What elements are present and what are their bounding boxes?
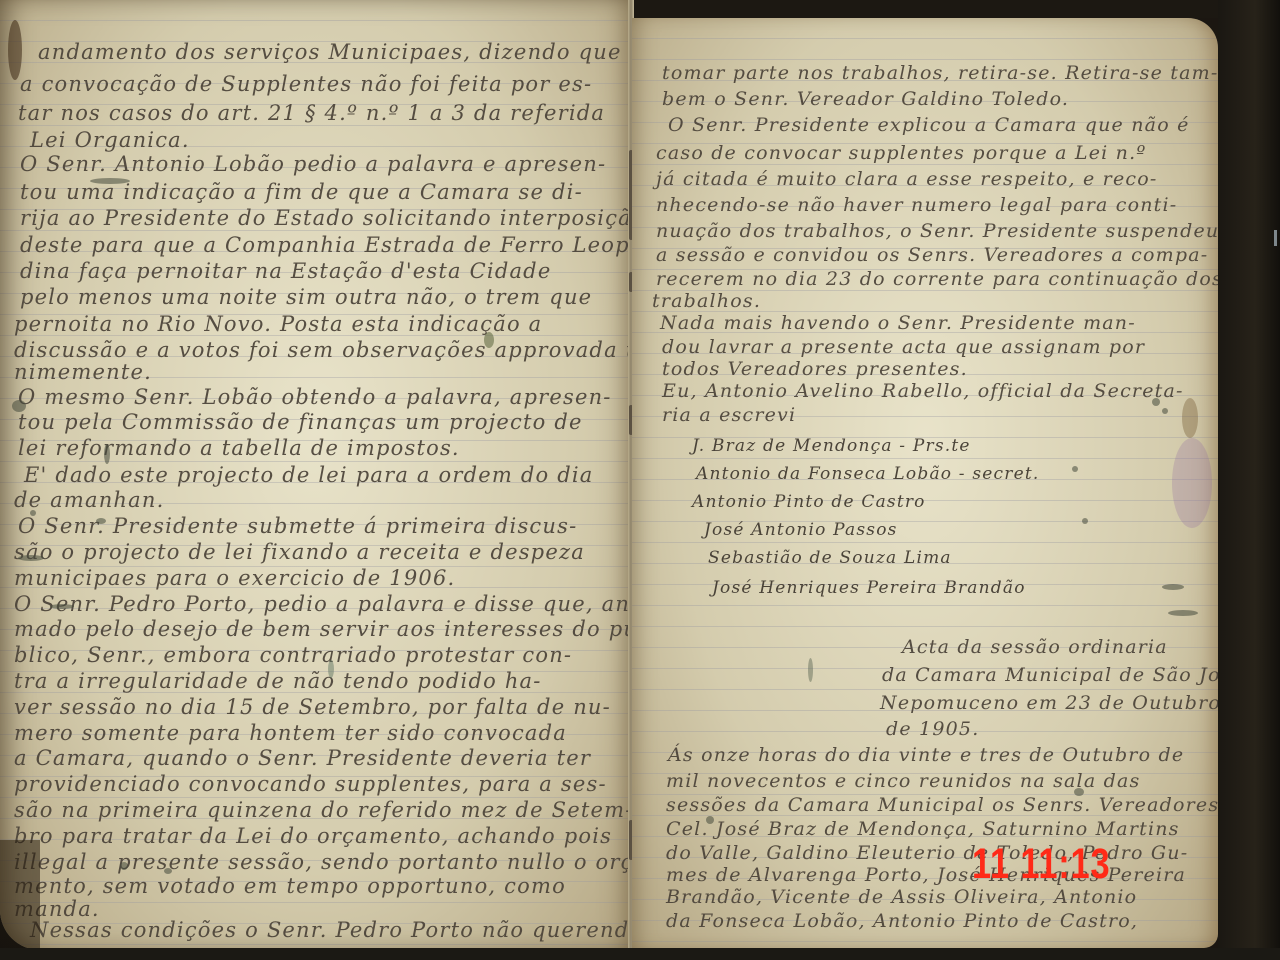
ink-stain bbox=[90, 178, 130, 184]
ink-stain bbox=[1168, 610, 1198, 616]
handwritten-line: O Senr. Antonio Lobão pedio a palavra e … bbox=[20, 152, 606, 176]
signature-line: Antonio da Fonseca Lobão - secret. bbox=[696, 464, 1040, 484]
handwritten-line: nimemente. bbox=[14, 360, 152, 384]
handwritten-line: mento, sem votado em tempo opportuno, co… bbox=[14, 874, 566, 898]
signature-line: J. Braz de Mendonça - Prs.te bbox=[692, 436, 971, 456]
ink-stain bbox=[120, 862, 128, 870]
handwritten-line: pelo menos uma noite sim outra não, o tr… bbox=[20, 285, 592, 309]
minutes-heading-line: da Camara Municipal de São João bbox=[882, 664, 1246, 686]
handwritten-line: Nada mais havendo o Senr. Presidente man… bbox=[660, 312, 1136, 334]
handwritten-line: tar nos casos do art. 21 § 4.º n.º 1 a 3… bbox=[18, 101, 605, 125]
handwritten-line: rija ao Presidente do Estado solicitando… bbox=[20, 206, 646, 230]
handwritten-line: blico, Senr., embora contrariado protest… bbox=[14, 643, 572, 667]
handwritten-line: são o projecto de lei fixando a receita … bbox=[14, 540, 585, 564]
handwritten-line: de amanhan. bbox=[14, 488, 164, 512]
handwritten-line: sessões da Camara Municipal os Senrs. Ve… bbox=[666, 794, 1219, 816]
signature-line: Sebastião de Souza Lima bbox=[708, 548, 952, 568]
handwritten-line: municipaes para o exercicio de 1906. bbox=[14, 566, 455, 590]
handwritten-line: bro para tratar da Lei do orçamento, ach… bbox=[14, 824, 612, 848]
left-page: andamento dos serviços Municipaes, dizen… bbox=[0, 0, 630, 950]
handwritten-line: ria a escrevi bbox=[662, 404, 796, 426]
ink-stain bbox=[1162, 584, 1184, 590]
handwritten-line: andamento dos serviços Municipaes, dizen… bbox=[38, 40, 622, 64]
handwritten-line: illegal a presente sessão, sendo portant… bbox=[14, 850, 656, 874]
ink-stain bbox=[328, 660, 334, 678]
ink-stain bbox=[1072, 466, 1078, 472]
handwritten-line: ver sessão no dia 15 de Setembro, por fa… bbox=[14, 695, 611, 719]
ink-stain bbox=[484, 332, 494, 348]
ink-stain bbox=[706, 816, 714, 824]
right-page-text: tomar parte nos trabalhos, retira-se. Re… bbox=[632, 18, 1218, 948]
light-glint bbox=[1274, 230, 1277, 246]
handwritten-line: O Senr. Presidente explicou a Camara que… bbox=[668, 114, 1190, 136]
handwritten-line: tou pela Commissão de finanças um projec… bbox=[18, 410, 583, 434]
ink-stain bbox=[1162, 408, 1168, 414]
left-page-text: andamento dos serviços Municipaes, dizen… bbox=[0, 0, 630, 950]
handwritten-line: são na primeira quinzena do referido mez… bbox=[14, 798, 634, 822]
ink-stain bbox=[1082, 518, 1088, 524]
frame-right-edge bbox=[1218, 0, 1280, 960]
handwritten-line: deste para que a Companhia Estrada de Fe… bbox=[20, 233, 660, 257]
handwritten-line: a Camara, quando o Senr. Presidente deve… bbox=[14, 746, 591, 770]
handwritten-line: Lei Organica. bbox=[30, 128, 190, 152]
handwritten-line: Cel. José Braz de Mendonça, Saturnino Ma… bbox=[666, 818, 1180, 840]
handwritten-line: dou lavrar a presente acta que assignam … bbox=[662, 336, 1145, 358]
frame-top-shadow bbox=[632, 0, 1280, 18]
ink-stain bbox=[8, 20, 22, 80]
handwritten-line: todos Vereadores presentes. bbox=[662, 358, 968, 380]
handwritten-line: lei reformando a tabella de impostos. bbox=[18, 436, 460, 460]
foxing-stain bbox=[1182, 398, 1198, 438]
ink-stain bbox=[30, 510, 36, 516]
handwritten-line: Nessas condições o Senr. Pedro Porto não… bbox=[30, 918, 643, 942]
minutes-heading-line: de 1905. bbox=[886, 718, 979, 740]
handwritten-line: dina faça pernoitar na Estação d'esta Ci… bbox=[20, 259, 551, 283]
camera-timestamp-overlay: 11 11:13 bbox=[972, 843, 1110, 886]
handwritten-line: tra a irregularidade de não tendo podido… bbox=[14, 669, 542, 693]
handwritten-line: bem o Senr. Vereador Galdino Toledo. bbox=[662, 88, 1069, 110]
handwritten-line: nhecendo-se não haver numero legal para … bbox=[656, 194, 1177, 216]
handwritten-line: a sessão e convidou os Senrs. Vereadores… bbox=[656, 244, 1208, 266]
handwritten-line: a convocação de Supplentes não foi feita… bbox=[20, 72, 592, 96]
handwritten-line: Brandão, Vicente de Assis Oliveira, Anto… bbox=[666, 886, 1137, 908]
handwritten-line: Eu, Antonio Avelino Rabello, official da… bbox=[662, 380, 1184, 402]
ink-stain bbox=[1074, 788, 1084, 796]
foxing-stain bbox=[1172, 438, 1212, 528]
signature-line: José Antonio Passos bbox=[704, 520, 898, 540]
ink-stain bbox=[50, 604, 74, 609]
ink-stain bbox=[18, 555, 44, 561]
handwritten-line: caso de convocar supplentes porque a Lei… bbox=[656, 142, 1147, 164]
handwritten-line: E' dado este projecto de lei para a orde… bbox=[24, 463, 594, 487]
handwritten-line: da Fonseca Lobão, Antonio Pinto de Castr… bbox=[666, 910, 1138, 932]
signature-line: Antonio Pinto de Castro bbox=[692, 492, 926, 512]
ink-stain bbox=[96, 518, 106, 524]
handwritten-line: tomar parte nos trabalhos, retira-se. Re… bbox=[662, 62, 1218, 84]
minutes-heading-line: Nepomuceno em 23 de Outubro bbox=[880, 692, 1221, 714]
frame-bottom-edge bbox=[0, 948, 1280, 960]
handwritten-line: mado pelo desejo de bem servir aos inter… bbox=[14, 617, 646, 641]
handwritten-line: O mesmo Senr. Lobão obtendo a palavra, a… bbox=[18, 385, 612, 409]
ink-stain bbox=[1152, 398, 1160, 406]
ink-stain bbox=[104, 444, 110, 464]
handwritten-line: O Senr. Pedro Porto, pedio a palavra e d… bbox=[14, 592, 646, 616]
handwritten-line: trabalhos. bbox=[652, 290, 761, 312]
handwritten-line: discussão e a votos foi sem observações … bbox=[14, 338, 677, 362]
handwritten-line: mil novecentos e cinco reunidos na sala … bbox=[666, 770, 1140, 792]
ink-stain bbox=[164, 868, 172, 874]
handwritten-line: providenciado convocando supplentes, par… bbox=[14, 772, 607, 796]
right-page: tomar parte nos trabalhos, retira-se. Re… bbox=[632, 18, 1218, 948]
handwritten-line: já citada é muito clara a esse respeito,… bbox=[656, 168, 1158, 190]
signature-line: José Henriques Pereira Brandão bbox=[712, 578, 1026, 598]
handwritten-line: Ás onze horas do dia vinte e tres de Out… bbox=[668, 744, 1184, 766]
handwritten-line: nuação dos trabalhos, o Senr. Presidente… bbox=[656, 220, 1219, 242]
minutes-heading-line: Acta da sessão ordinaria bbox=[902, 636, 1168, 658]
handwritten-line: pernoita no Rio Novo. Posta esta indicaç… bbox=[14, 312, 542, 336]
ink-stain bbox=[808, 658, 813, 682]
handwritten-line: mero somente para hontem ter sido convoc… bbox=[14, 721, 567, 745]
handwritten-line: recerem no dia 23 do corrente para conti… bbox=[656, 268, 1223, 290]
ink-stain bbox=[12, 400, 26, 412]
